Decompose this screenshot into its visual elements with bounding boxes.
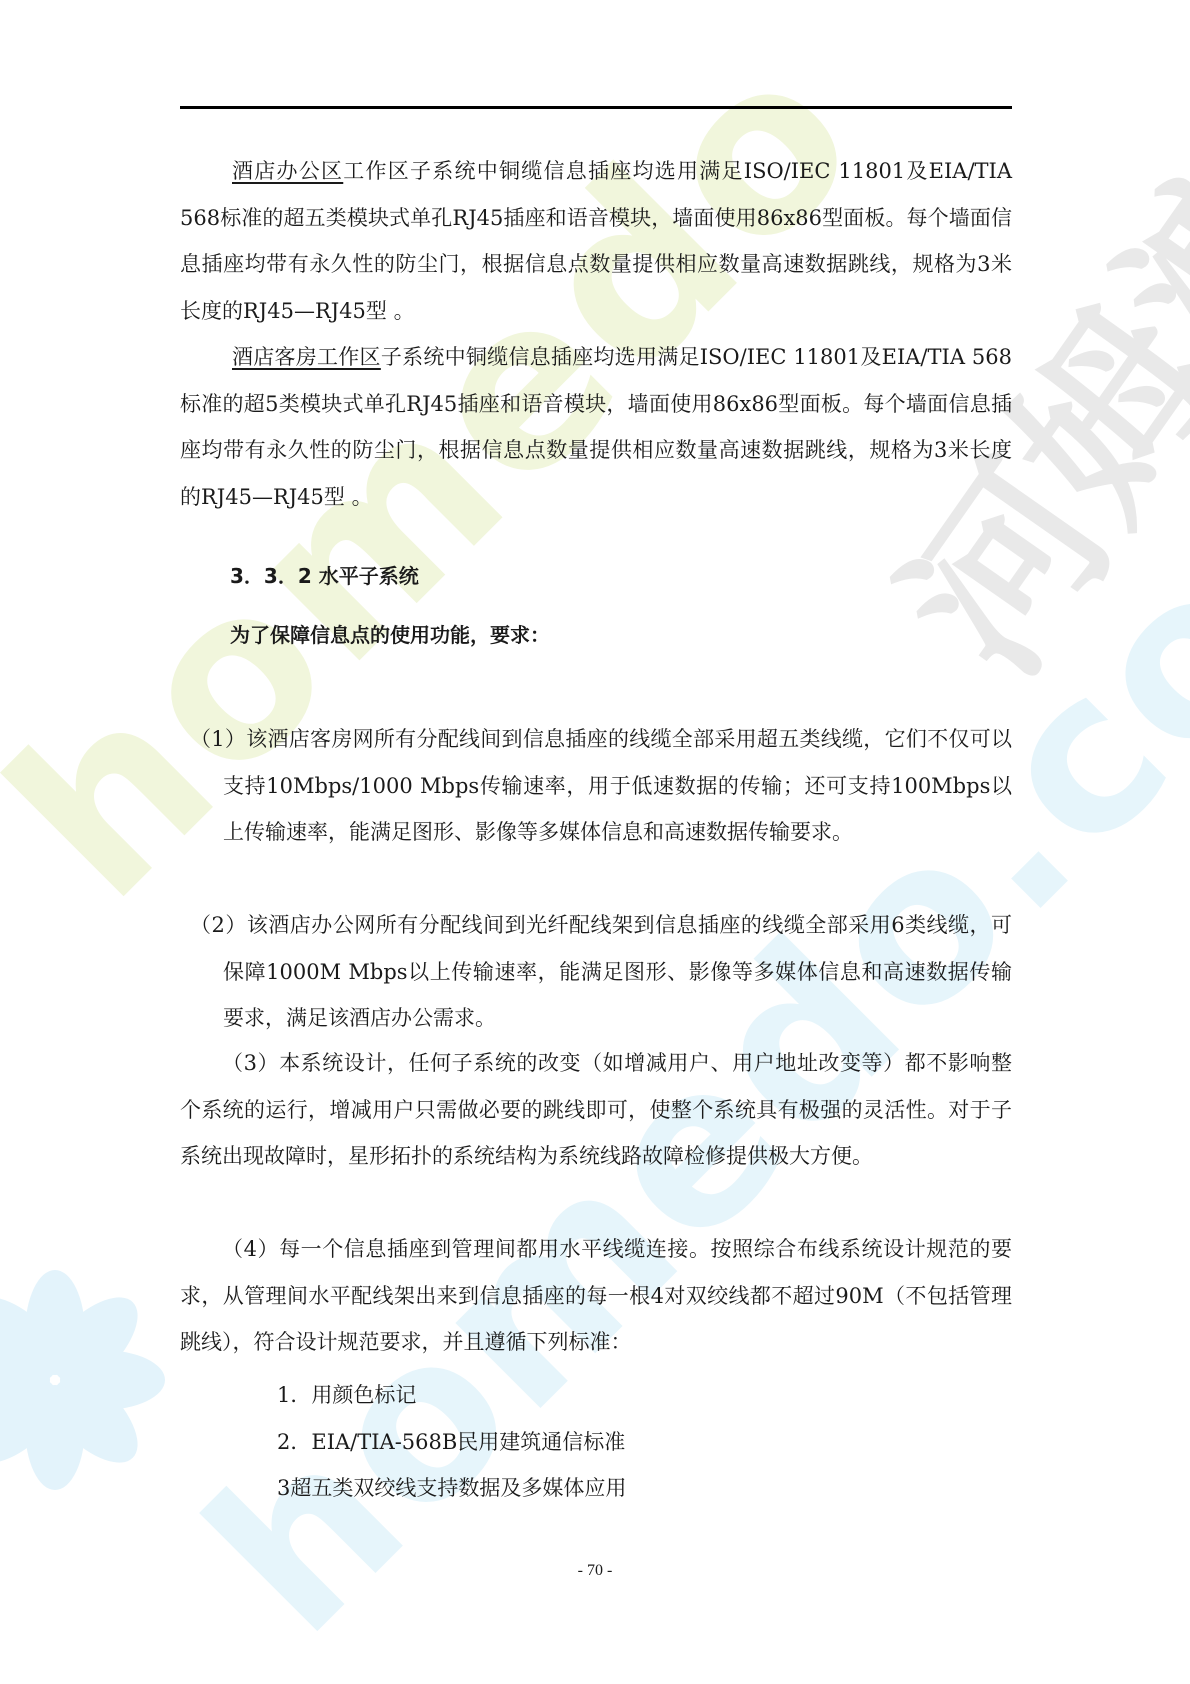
standard-item-3: 3超五类双绞线支持数据及多媒体应用	[277, 1465, 626, 1512]
paragraph-text: （4）每一个信息插座到管理间都用水平线缆连接。按照综合布线系统设计规范的要求，从…	[180, 1226, 1012, 1366]
list-number: （2）	[190, 913, 247, 937]
paragraph-text: 子系统中铜缆信息插座均选用满足ISO/IEC 11801及EIA/TIA 568…	[180, 345, 1012, 509]
list-item-text: （2）该酒店办公网所有分配线间到光纤配线架到信息插座的线缆全部采用6类线缆，可保…	[190, 902, 1012, 1042]
paragraph-guestroom-area: 酒店客房工作区子系统中铜缆信息插座均选用满足ISO/IEC 11801及EIA/…	[180, 334, 1012, 520]
standards-list: 1．用颜色标记 2．EIA/TIA-568B民用建筑通信标准 3超五类双绞线支持…	[277, 1372, 626, 1512]
intro-paragraphs: 酒店办公区工作区子系统中铜缆信息插座均选用满足ISO/IEC 11801及EIA…	[180, 148, 1012, 520]
standard-item-1: 1．用颜色标记	[277, 1372, 626, 1419]
standard-item-2: 2．EIA/TIA-568B民用建筑通信标准	[277, 1419, 626, 1466]
paragraph-item-3: （3）本系统设计，任何子系统的改变（如增减用户、用户地址改变等）都不影响整个系统…	[180, 1040, 1012, 1180]
underlined-term: 酒店办公区	[232, 159, 343, 183]
list-body: 每一个信息插座到管理间都用水平线缆连接。按照综合布线系统设计规范的要求，从管理间…	[180, 1237, 1012, 1354]
underlined-term: 酒店客房工作区	[232, 345, 381, 369]
list-item-1: （1）该酒店客房网所有分配线间到信息插座的线缆全部采用超五类线缆，它们不仅可以支…	[190, 716, 1012, 856]
page-number: - 70 -	[0, 1562, 1190, 1580]
list-body: 本系统设计，任何子系统的改变（如增减用户、用户地址改变等）都不影响整个系统的运行…	[180, 1051, 1012, 1168]
list-number: （4）	[222, 1237, 279, 1261]
paragraph-office-area: 酒店办公区工作区子系统中铜缆信息插座均选用满足ISO/IEC 11801及EIA…	[180, 148, 1012, 334]
document-page: 酒店办公区工作区子系统中铜缆信息插座均选用满足ISO/IEC 11801及EIA…	[0, 0, 1190, 1684]
list-number: （3）	[222, 1051, 279, 1075]
paragraph-text: 工作区子系统中铜缆信息插座均选用满足ISO/IEC 11801及EIA/TIA …	[180, 159, 1012, 323]
paragraph-item-4: （4）每一个信息插座到管理间都用水平线缆连接。按照综合布线系统设计规范的要求，从…	[180, 1226, 1012, 1366]
section-intro: 为了保障信息点的使用功能，要求：	[230, 619, 550, 648]
list-body: 该酒店办公网所有分配线间到光纤配线架到信息插座的线缆全部采用6类线缆，可保障10…	[223, 913, 1012, 1030]
list-body: 该酒店客房网所有分配线间到信息插座的线缆全部采用超五类线缆，它们不仅可以支持10…	[223, 727, 1012, 844]
list-number: （1）	[190, 727, 246, 751]
section-heading: 3．3．2 水平子系统	[230, 560, 419, 589]
list-item-text: （1）该酒店客房网所有分配线间到信息插座的线缆全部采用超五类线缆，它们不仅可以支…	[190, 716, 1012, 856]
list-item-2: （2）该酒店办公网所有分配线间到光纤配线架到信息插座的线缆全部采用6类线缆，可保…	[190, 902, 1012, 1042]
header-rule	[180, 106, 1012, 109]
paragraph-text: （3）本系统设计，任何子系统的改变（如增减用户、用户地址改变等）都不影响整个系统…	[180, 1040, 1012, 1180]
